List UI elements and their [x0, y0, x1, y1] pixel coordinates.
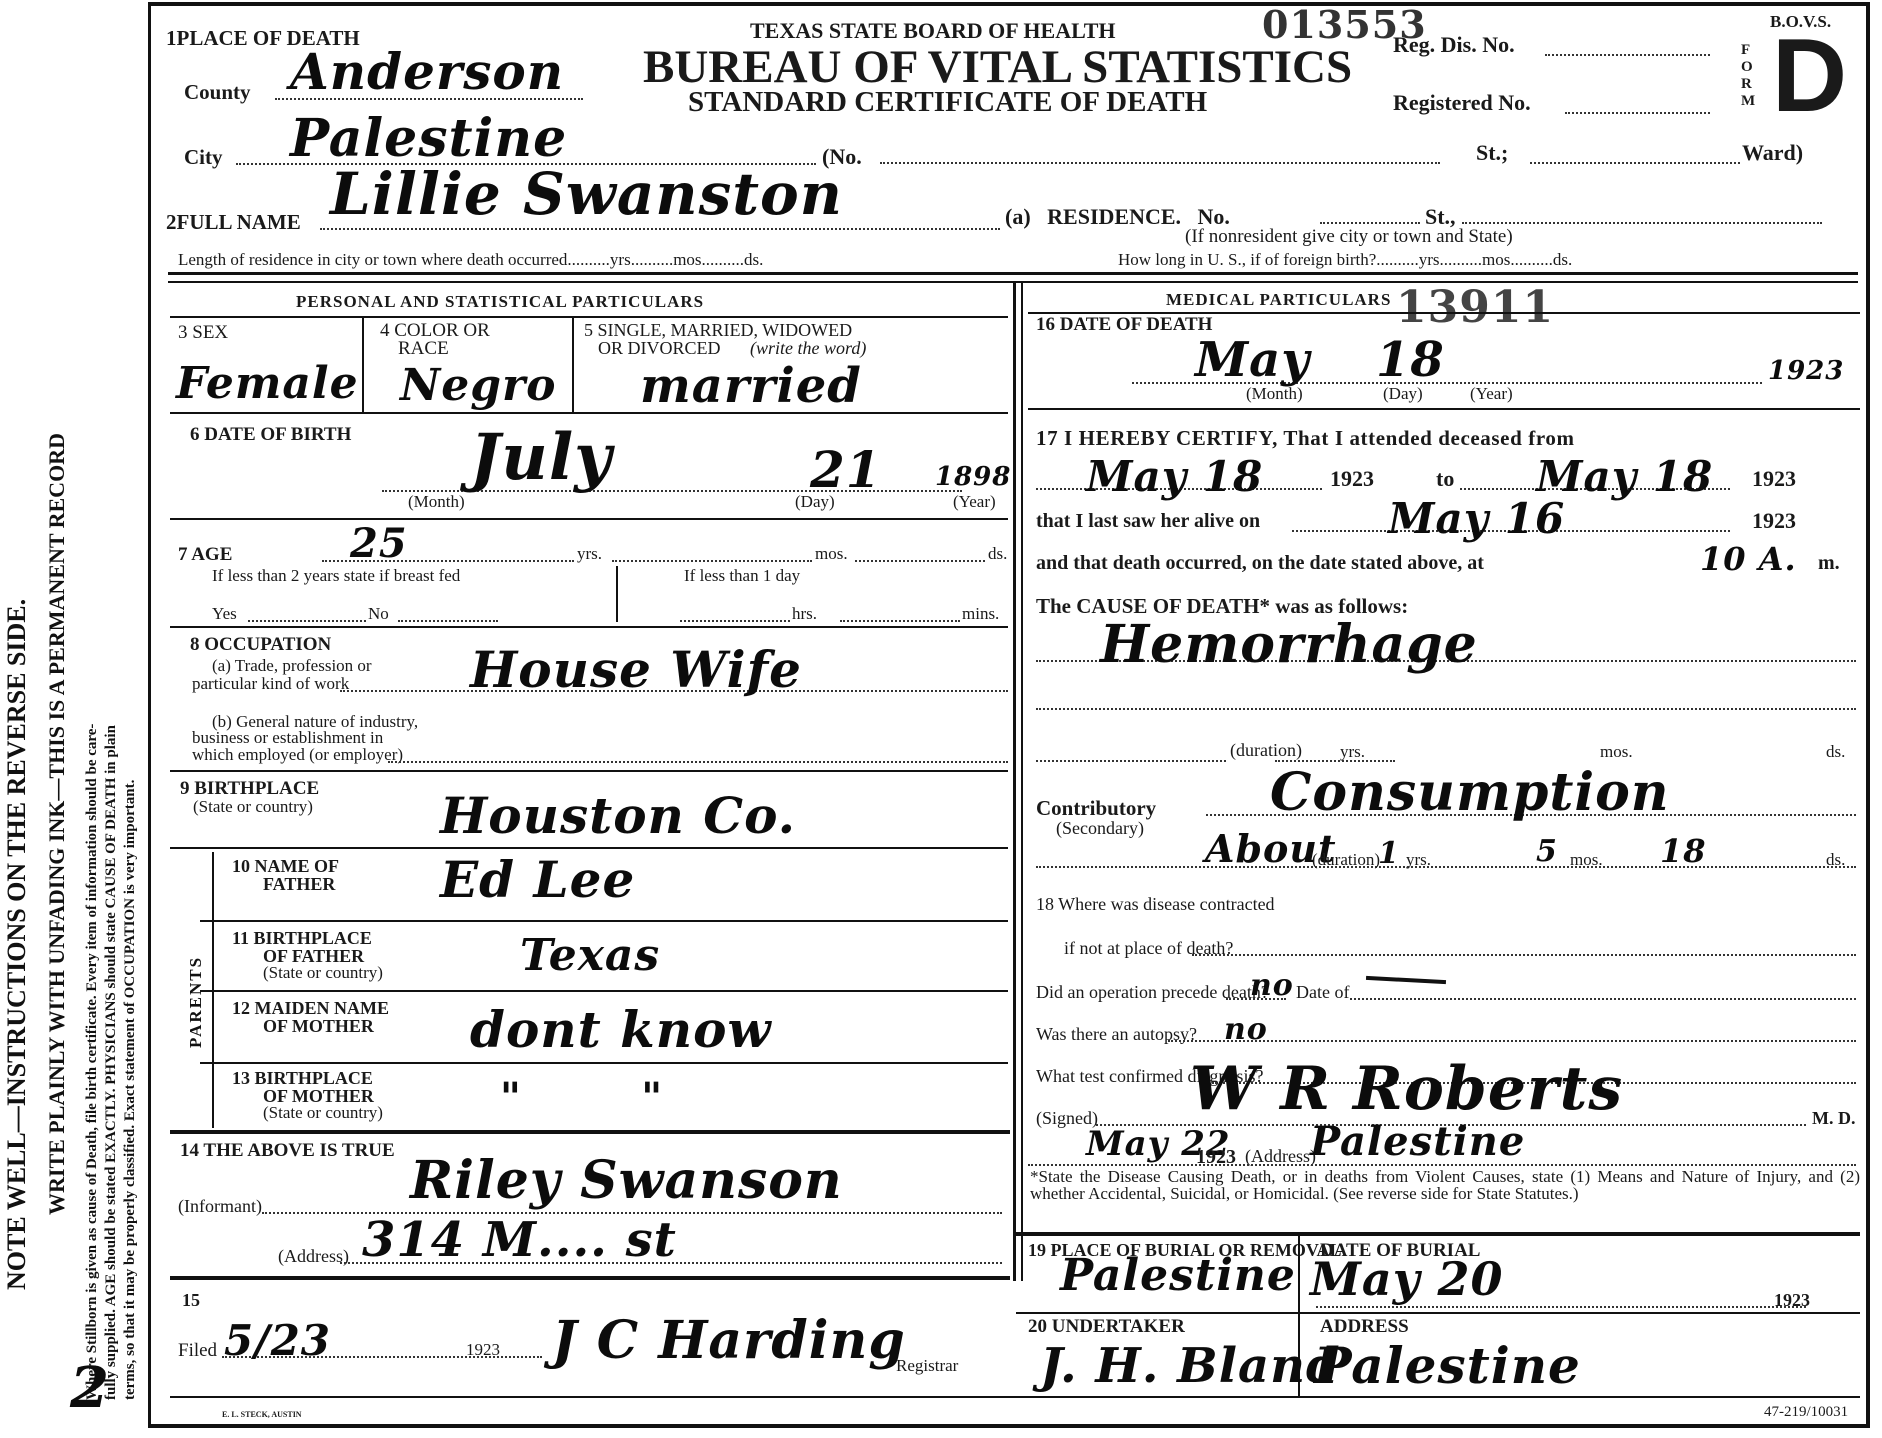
date-of-label: Date of: [1296, 982, 1349, 1003]
dod-label: 16 DATE OF DEATH: [1036, 314, 1212, 336]
undertaker-address-label: ADDRESS: [1320, 1316, 1409, 1338]
age-label: 7 AGE: [178, 544, 232, 566]
frame-bottom: [148, 1424, 1870, 1428]
dob-label: 6 DATE OF BIRTH: [190, 424, 351, 446]
cause-value[interactable]: Hemorrhage: [1100, 614, 1478, 675]
ward-label: Ward): [1742, 140, 1803, 166]
margin-instructions-2: fully supplied. AGE should be stated EXA…: [103, 725, 120, 1400]
breast-fed-no-field[interactable]: [398, 620, 498, 622]
frame-left: [148, 2, 151, 1427]
nonresident-note: (If nonresident give city or town and St…: [1185, 226, 1513, 248]
age-value[interactable]: 25: [350, 520, 408, 567]
registrar-label: Registrar: [896, 1356, 958, 1376]
dob-day-caption: (Day): [795, 492, 835, 512]
contributory-value[interactable]: Consumption: [1270, 762, 1670, 823]
birthplace-value[interactable]: Houston Co.: [440, 786, 796, 845]
form-code: 47-219/10031: [1764, 1404, 1848, 1421]
city-st-label: St.;: [1476, 140, 1508, 166]
dob-month-caption: (Month): [408, 492, 465, 512]
registered-field: [1565, 112, 1710, 114]
personal-section-title: PERSONAL AND STATISTICAL PARTICULARS: [296, 292, 704, 312]
dod-day-caption: (Day): [1383, 384, 1423, 404]
column-divider-inner: [1021, 281, 1023, 1281]
marital-hint: (write the word): [750, 338, 866, 359]
contrib-ds: ds.: [1826, 850, 1845, 870]
contrib-ds-value[interactable]: 18: [1660, 832, 1707, 870]
frame-right: [1866, 2, 1870, 1427]
dod-year-caption: (Year): [1470, 384, 1513, 404]
certify-text: 17 I HEREBY CERTIFY, That I attended dec…: [1036, 426, 1575, 451]
burial-place-value[interactable]: Palestine: [1060, 1250, 1296, 1301]
cause-yrs: yrs.: [1340, 742, 1365, 762]
county-value[interactable]: Anderson: [290, 42, 564, 101]
last-saw-value[interactable]: May 16: [1388, 494, 1565, 543]
informant-value[interactable]: Riley Swanson: [410, 1150, 843, 1211]
county-label: County: [184, 80, 251, 105]
dob-month[interactable]: July: [470, 420, 612, 495]
filed-date[interactable]: 5/23: [224, 1316, 331, 1365]
informant-address-value[interactable]: 314 M.... st: [362, 1212, 677, 1268]
breast-fed-yes-field[interactable]: [248, 620, 366, 622]
contracted-field[interactable]: [1192, 954, 1856, 956]
sex-value[interactable]: Female: [176, 358, 359, 409]
mins-field[interactable]: [840, 620, 960, 622]
cause-ds: ds.: [1826, 742, 1845, 762]
attended-to-year: 1923: [1752, 466, 1796, 492]
dod-day[interactable]: 18: [1376, 332, 1445, 388]
death-time-suffix: m.: [1818, 552, 1840, 575]
filed-year: 1923: [466, 1340, 500, 1360]
birthplace-sub: (State or country): [193, 797, 313, 817]
dod-month[interactable]: May: [1195, 332, 1310, 388]
how-long-in-us: How long in U. S., if of foreign birth?.…: [1118, 250, 1572, 270]
father-birthplace-value[interactable]: Texas: [520, 930, 660, 981]
margin-instructions-3: terms, so that it may be properly classi…: [122, 780, 139, 1400]
father-name-value[interactable]: Ed Lee: [440, 850, 635, 909]
no-label: No: [368, 604, 389, 624]
informant-label: (Informant): [178, 1196, 262, 1217]
parents-label: PARENTS: [186, 956, 206, 1048]
attended-from-year: 1923: [1330, 466, 1374, 492]
burial-date-value[interactable]: May 20: [1310, 1252, 1503, 1306]
frame-top: [148, 2, 1870, 6]
dod-year[interactable]: 1923: [1768, 356, 1844, 386]
cause-line-2[interactable]: [1036, 708, 1856, 710]
last-saw-label: that I last saw her alive on: [1036, 510, 1260, 533]
reg-dis-field: [1545, 54, 1710, 56]
reg-dis-label: Reg. Dis. No.: [1393, 32, 1515, 58]
mother-birthplace-value[interactable]: " ": [500, 1074, 663, 1121]
full-name-label: 2FULL NAME: [166, 210, 301, 235]
occupation-value[interactable]: House Wife: [470, 640, 802, 699]
age-ds: ds.: [988, 544, 1007, 564]
margin-note-line1: NOTE WELL—INSTRUCTIONS ON THE REVERSE SI…: [2, 599, 32, 1290]
occupation-label: 8 OCCUPATION: [190, 634, 331, 656]
header-divider-1: [168, 272, 1858, 275]
color-label-2: RACE: [398, 338, 449, 360]
city-no-field: [880, 162, 1440, 164]
undertaker-value[interactable]: J. H. Bland: [1040, 1338, 1341, 1394]
contrib-mos-value[interactable]: 5: [1536, 834, 1558, 869]
certificate-title: STANDARD CERTIFICATE OF DEATH: [688, 86, 1207, 119]
registered-label: Registered No.: [1393, 90, 1531, 116]
dob-day[interactable]: 21: [810, 440, 882, 499]
father-name-label-2: FATHER: [263, 874, 335, 895]
father-bp-label-3: (State or country): [263, 963, 383, 983]
yes-label: Yes: [212, 604, 237, 624]
margin-instructions-1: Where Stillborn is given as cause of Dea…: [84, 724, 101, 1400]
contrib-mos: mos.: [1570, 850, 1603, 870]
cause-mos: mos.: [1600, 742, 1633, 762]
race-value[interactable]: Negro: [400, 360, 557, 411]
city-label: City: [184, 145, 223, 170]
less-than-day-label: If less than 1 day: [684, 566, 800, 586]
operation-value[interactable]: no: [1250, 968, 1294, 1003]
registrar-signature[interactable]: J C Harding: [552, 1310, 906, 1371]
mins-label: mins.: [962, 604, 999, 624]
dob-year[interactable]: 1898: [935, 462, 1011, 492]
medical-section-title: MEDICAL PARTICULARS: [1166, 290, 1391, 310]
form-label: FORM: [1741, 42, 1755, 110]
filed-label: Filed: [178, 1340, 217, 1362]
occupation-a-2: particular kind of work: [192, 674, 349, 694]
mother-name-value[interactable]: dont know: [470, 1000, 772, 1059]
filed-number: 15: [182, 1290, 200, 1311]
industry-field[interactable]: [388, 761, 1008, 763]
ward-field: [1530, 162, 1740, 164]
contrib-duration-label: (duration): [1312, 850, 1380, 870]
occupation-b-3: which employed (or employer): [192, 745, 403, 765]
physician-signature[interactable]: W R Roberts: [1190, 1054, 1623, 1124]
full-name-field: [320, 228, 1000, 230]
occupation-a-1: (a) Trade, profession or: [212, 656, 372, 676]
cause-duration-label: (duration): [1230, 740, 1302, 761]
column-divider: [1013, 281, 1016, 1281]
burial-year: 1923: [1774, 1290, 1810, 1311]
full-name-value[interactable]: Lillie Swanston: [330, 160, 843, 228]
hours-field[interactable]: [680, 620, 790, 622]
age-mos: mos.: [815, 544, 848, 564]
secondary-label: (Secondary): [1056, 818, 1144, 839]
medical-stamp-number: 13911: [1396, 282, 1554, 333]
contracted-label: 18 Where was disease contracted: [1036, 894, 1275, 915]
length-of-residence: Length of residence in city or town wher…: [178, 250, 763, 270]
contrib-yrs: yrs.: [1406, 850, 1431, 870]
to-label: to: [1436, 466, 1454, 492]
signed-address-value[interactable]: Palestine: [1310, 1118, 1525, 1165]
age-yrs: yrs.: [577, 544, 602, 564]
md-label: M. D.: [1812, 1108, 1856, 1129]
cause-footnote: *State the Disease Causing Death, or in …: [1030, 1168, 1860, 1202]
informant-heading: 14 THE ABOVE IS TRUE: [180, 1140, 395, 1162]
mother-bp-label-3: (State or country): [263, 1103, 383, 1123]
undertaker-address-value[interactable]: Palestine: [1314, 1336, 1581, 1395]
printer-credit: E. L. STECK, AUSTIN: [222, 1410, 302, 1419]
mother-name-label-2: OF MOTHER: [263, 1016, 374, 1037]
residence-st-field: [1462, 222, 1822, 224]
marital-value[interactable]: married: [640, 358, 862, 414]
hrs-label: hrs.: [792, 604, 817, 624]
attended-from[interactable]: May 18: [1086, 452, 1263, 501]
margin-note-line2: WRITE PLAINLY WITH UNFADING INK—THIS IS …: [44, 433, 70, 1215]
death-occurred-label: and that death occurred, on the date sta…: [1036, 552, 1484, 575]
marital-label-2: OR DIVORCED: [598, 338, 721, 359]
sex-label: 3 SEX: [178, 322, 228, 344]
breast-fed-label: If less than 2 years state if breast fed: [212, 566, 460, 586]
contrib-yrs-value[interactable]: 1: [1378, 836, 1400, 871]
dod-month-caption: (Month): [1246, 384, 1303, 404]
form-letter: D: [1772, 24, 1847, 128]
autopsy-value[interactable]: no: [1224, 1012, 1268, 1047]
informant-address-label: (Address): [278, 1246, 349, 1267]
margin-page-mark: 2: [70, 1355, 110, 1421]
dob-year-caption: (Year): [953, 492, 996, 512]
death-time[interactable]: 10 A.: [1700, 540, 1797, 578]
last-saw-year: 1923: [1752, 508, 1796, 534]
undertaker-label: 20 UNDERTAKER: [1028, 1316, 1185, 1338]
residence-no-field: [1320, 222, 1420, 224]
